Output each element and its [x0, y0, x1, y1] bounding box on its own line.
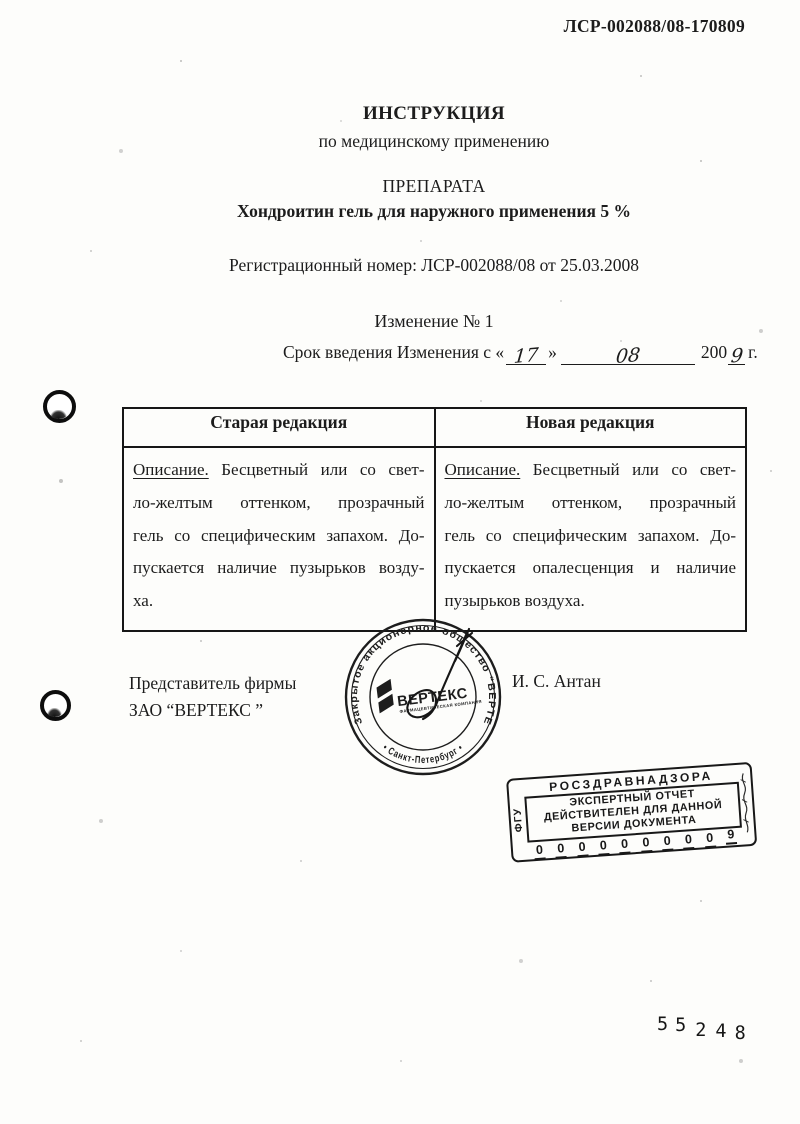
- year-blank: 9: [728, 348, 745, 365]
- old-line-2: ло-желтым оттенком, прозрачный: [133, 487, 425, 520]
- approval-digit: 0: [534, 843, 546, 860]
- table-body-row: Описание. Бесцветный или со свет- ло-жел…: [123, 447, 746, 631]
- round-stamp-graphic: Закрытое акционерное общество “ВЕРТЕКС” …: [338, 612, 508, 782]
- table-header-old: Старая редакция: [123, 408, 435, 447]
- representative-line-1: Представитель фирмы: [129, 670, 296, 697]
- approval-digit: 9: [725, 828, 737, 845]
- page-number-digit: 5: [675, 1015, 686, 1036]
- page-number-digit: 5: [657, 1014, 668, 1035]
- approval-stamp: ФГУ РОСЗДРАВНАДЗОРА ЭКСПЕРТНЫЙ ОТЧЕТ ДЕЙ…: [506, 762, 757, 863]
- table-header-new: Новая редакция: [435, 408, 747, 447]
- new-line-3: гель со специфическим запахом. До-: [445, 520, 737, 553]
- company-round-stamp: Закрытое акционерное общество “ВЕРТЕКС” …: [338, 612, 508, 782]
- scanned-document-page: ЛСР-002088/08-170809 ИНСТРУКЦИЯ по медиц…: [0, 0, 800, 1124]
- signer-name: И. С. Антан: [512, 671, 601, 692]
- old-line-1-text: Бесцветный или со свет-: [221, 460, 424, 479]
- approval-digit: 0: [576, 840, 588, 857]
- page-number-digit: 4: [715, 1021, 726, 1042]
- approval-digit: 0: [555, 842, 567, 859]
- doc-subtitle: по медицинскому применению: [122, 131, 746, 152]
- old-line-4: пускается наличие пузырьков возду-: [133, 552, 425, 585]
- new-line-2: ло-желтым оттенком, прозрачный: [445, 487, 737, 520]
- day-blank: 17: [506, 348, 546, 365]
- month-blank: 08: [561, 348, 695, 365]
- page-number-digit: 2: [695, 1020, 706, 1041]
- table-header-row: Старая редакция Новая редакция: [123, 408, 746, 447]
- old-description-cell: Описание. Бесцветный или со свет- ло-жел…: [123, 447, 435, 631]
- hole-punch-top: [43, 390, 76, 423]
- new-description-cell: Описание. Бесцветный или со свет- ло-жел…: [435, 447, 747, 631]
- new-line-1: Описание. Бесцветный или со свет-: [445, 454, 737, 487]
- old-line-3: гель со специфическим запахом. До-: [133, 520, 425, 553]
- hole-punch-bottom: [40, 690, 71, 721]
- closing-quote: »: [548, 342, 557, 365]
- preparation-name: Хондроитин гель для наружного применения…: [122, 201, 746, 222]
- scan-speckles: [180, 60, 182, 62]
- amendment-date-prefix: Срок введения Изменения с «: [283, 342, 504, 365]
- approval-digit: 0: [661, 834, 673, 851]
- stamp-center-group: ВЕРТЕКС ФАРМАЦЕВТИЧЕСКАЯ КОМПАНИЯ: [376, 668, 483, 716]
- approval-stamp-main: РОСЗДРАВНАДЗОРА ЭКСПЕРТНЫЙ ОТЧЕТ ДЕЙСТВИ…: [523, 764, 755, 860]
- page-number: 5 5 2 4 8: [657, 1014, 753, 1035]
- doc-code: ЛСР-002088/08-170809: [564, 16, 745, 37]
- new-line-4: пускается опалесценция и наличие: [445, 552, 737, 585]
- new-line-1-text: Бесцветный или со свет-: [533, 460, 736, 479]
- doc-title: ИНСТРУКЦИЯ: [122, 103, 746, 125]
- handwritten-day: 17: [513, 347, 539, 365]
- new-description-label: Описание.: [445, 460, 521, 479]
- old-line-1: Описание. Бесцветный или со свет-: [133, 454, 425, 487]
- approval-digit: 0: [597, 839, 609, 856]
- handwritten-year-digit: 9: [730, 348, 744, 365]
- year-suffix: г.: [748, 342, 758, 365]
- approval-digit: 0: [619, 837, 631, 854]
- year-prefix: 200: [701, 342, 727, 365]
- amendment-date-line: Срок введения Изменения с « 17 » 08 200 …: [283, 342, 758, 365]
- handwritten-month: 08: [615, 347, 641, 365]
- approval-digit: 0: [683, 833, 695, 850]
- preparation-label: ПРЕПАРАТА: [122, 176, 746, 197]
- approval-digit: 0: [640, 836, 652, 853]
- page-number-digit: 8: [735, 1023, 746, 1044]
- amendment-title: Изменение № 1: [122, 311, 746, 332]
- old-description-label: Описание.: [133, 460, 209, 479]
- representative-block: Представитель фирмы ЗАО “ВЕРТЕКС ”: [129, 670, 296, 723]
- registration-line: Регистрационный номер: ЛСР-002088/08 от …: [122, 255, 746, 276]
- comparison-table: Старая редакция Новая редакция Описание.…: [122, 407, 747, 632]
- representative-line-2: ЗАО “ВЕРТЕКС ”: [129, 697, 296, 724]
- approval-digit: 0: [704, 831, 716, 848]
